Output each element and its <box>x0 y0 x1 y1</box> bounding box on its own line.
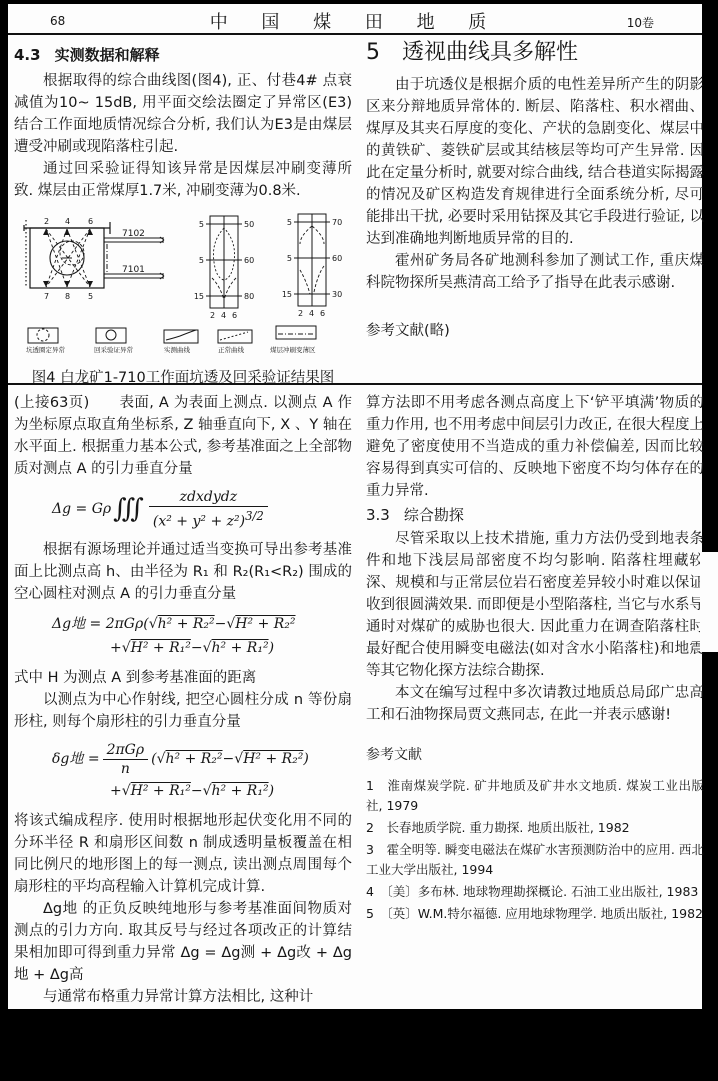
radicand: H² + R₁² <box>131 780 191 802</box>
page-header: 68 中 国 煤 田 地 质 10卷 <box>8 6 702 32</box>
sqrt-symbol: √ <box>226 613 235 635</box>
figure4-diagram: 2 4 6 7 8 5 7102 7101 <box>14 208 352 358</box>
panel2-bottom-tick-3: 6 <box>320 309 325 318</box>
fraction-denominator: n <box>103 760 149 778</box>
map-bottom-point-7: 7 <box>44 292 49 301</box>
column-bottom-left: (上接63页) 表面, A 为表面上测点. 以测点 A 作为坐标原点取直角坐标系… <box>14 392 352 1008</box>
paragraph: 与通常布格重力异常计算方法相比, 这种计 <box>14 986 352 1008</box>
panel1-left-tick-1: 5 <box>199 220 204 229</box>
formula-lhs: Δg地 = 2πGρ( <box>52 613 149 635</box>
paragraph: 以测点为中心作射线, 把空心圆柱分成 n 等份扇形柱, 则每个扇形柱的引力垂直分… <box>14 689 352 733</box>
fraction-denominator: (x² + y² + z²)3/2 <box>149 507 268 531</box>
tunnel-label-bottom: 7101 <box>122 265 145 275</box>
radicand: H² + R₂² <box>243 748 303 770</box>
section-heading-5: 5透视曲线具多解性 <box>366 42 704 64</box>
section-number: 3.3 <box>366 506 390 524</box>
section-divider-rule <box>8 383 702 385</box>
formula-lhs: Δg = Gρ <box>52 498 111 520</box>
formula-hollow-cylinder: Δg地 = 2πGρ(√h² + R₂² − √H² + R₂² + √H² +… <box>14 613 352 659</box>
formula-lhs: δg地 = <box>52 748 100 770</box>
map-top-point-4: 4 <box>65 217 70 226</box>
paragraph: Δg地 的正负反映纯地形与参考基准面间物质对测点的引力方向. 取其反号与经过各项… <box>14 898 352 986</box>
minus-operator: − <box>191 637 203 659</box>
paragraph: (上接63页) 表面, A 为表面上测点. 以测点 A 作为坐标原点取直角坐标系… <box>14 392 352 480</box>
panel2-bottom-tick-1: 2 <box>298 309 303 318</box>
panel1-right-tick-1: 50 <box>244 220 254 229</box>
section-title: 透视曲线具多解性 <box>402 40 578 65</box>
plus-operator: + <box>110 780 122 802</box>
reference-item: 2 长春地质学院. 重力勘探. 地质出版社, 1982 <box>366 818 704 838</box>
legend-item-3-label: 实测曲线 <box>164 345 191 354</box>
panel2-left-tick-3: 15 <box>282 290 292 299</box>
paragraph: 尽管采取以上技术措施, 重力方法仍受到地表条件和地下浅层局部密度不均匀影响. 陷… <box>366 528 704 682</box>
paragraph: 根据取得的综合曲线图(图4), 正、付巷4# 点衰减值为10~ 15dB, 用平… <box>14 70 352 158</box>
scan-edge-notch <box>700 552 718 652</box>
panel1-bottom-tick-2: 4 <box>221 311 226 320</box>
figure4: 2 4 6 7 8 5 7102 7101 <box>14 208 352 389</box>
volume-label: 10卷 <box>627 14 654 31</box>
references-omitted-note: 参考文献(略) <box>366 320 704 342</box>
continued-from-note: (上接63页) <box>14 395 89 411</box>
panel2-right-tick-2: 60 <box>332 254 342 263</box>
reference-list: 1 淮南煤炭学院. 矿井地质及矿井水文地质. 煤炭工业出版社, 1979 2 长… <box>366 776 704 924</box>
legend-item-1-label: 坑透圈定异常 <box>26 345 66 354</box>
radicand: H² + R₁² <box>131 637 191 659</box>
close-paren: ) <box>303 748 308 770</box>
column-top-right: 5透视曲线具多解性 由于坑透仪是根据介质的电性差异所产生的阴影区来分辩地质异常体… <box>366 40 704 342</box>
map-bottom-point-5: 5 <box>88 292 93 301</box>
panel1-left-tick-2: 5 <box>199 256 204 265</box>
reference-item: 1 淮南煤炭学院. 矿井地质及矿井水文地质. 煤炭工业出版社, 1979 <box>366 776 704 816</box>
sqrt-symbol: √ <box>203 780 212 802</box>
tunnel-label-top: 7102 <box>122 229 145 239</box>
panel1-left-tick-3: 15 <box>194 292 204 301</box>
panel1-bottom-tick-1: 2 <box>210 311 215 320</box>
minus-operator: − <box>191 780 203 802</box>
formula-gravity-integral: Δg = Gρ ∭ zdxdydz (x² + y² + z²)3/2 <box>14 488 352 531</box>
sqrt-symbol: √ <box>157 748 166 770</box>
column-top-left: 4.3实测数据和解释 根据取得的综合曲线图(图4), 正、付巷4# 点衰减值为1… <box>14 44 352 389</box>
sqrt-symbol: √ <box>122 780 131 802</box>
map-top-point-2: 2 <box>44 217 49 226</box>
section-heading-3-3: 3.3综合勘探 <box>366 504 704 526</box>
legend-item-5-label: 煤层冲刷变薄区 <box>270 345 316 354</box>
section-number: 4.3 <box>14 46 41 64</box>
legend-item-2-label: 回采验证异常 <box>94 345 134 354</box>
radicand: h² + R₁² <box>212 780 269 802</box>
panel1-right-tick-3: 80 <box>244 292 254 301</box>
triple-integral-symbol: ∭ <box>113 498 144 520</box>
minus-operator: − <box>215 613 227 635</box>
sqrt-symbol: √ <box>149 613 158 635</box>
column-bottom-right: 算方法即不用考虑各测点高度上下‘铲平填满’物质的重力作用, 也不用考虑中间层引力… <box>366 392 704 926</box>
paragraph: 由于坑透仪是根据介质的电性差异所产生的阴影区来分辩地质异常体的. 断层、陷落柱、… <box>366 74 704 250</box>
paragraph: 霍州矿务局各矿地测科参加了测试工作, 重庆煤科院物探所吴燕清高工给予了指导在此表… <box>366 250 704 294</box>
paragraph: 根据有源场理论并通过适当变换可导出参考基准面上比测点高 h、由半径为 R₁ 和 … <box>14 539 352 605</box>
journal-title: 中 国 煤 田 地 质 <box>8 8 702 34</box>
paragraph: 本文在编写过程中多次请教过地质总局邱广忠高工和石油物探局贾文燕同志, 在此一并表… <box>366 682 704 726</box>
paragraph: 将该式编成程序. 使用时根据地形起伏变化用不同的分环半径 R 和扇形区间数 n … <box>14 810 352 898</box>
plus-operator: + <box>110 637 122 659</box>
panel2-left-tick-2: 5 <box>287 254 292 263</box>
fraction: 2πGρ n <box>103 741 149 778</box>
panel2-right-tick-1: 70 <box>332 218 342 227</box>
formula-sector-column: δg地 = 2πGρ n (√h² + R₂² − √H² + R₂²) + √… <box>14 741 352 802</box>
radicand: h² + R₂² <box>158 613 215 635</box>
panel2-left-tick-1: 5 <box>287 218 292 227</box>
map-bottom-point-8: 8 <box>65 292 70 301</box>
close-paren: ) <box>269 637 274 659</box>
radicand: h² + R₂² <box>166 748 223 770</box>
section-title: 实测数据和解释 <box>55 46 160 64</box>
section-heading-4-3: 4.3实测数据和解释 <box>14 44 352 66</box>
map-top-point-6: 6 <box>88 217 93 226</box>
legend-item-4-label: 正常曲线 <box>218 345 245 354</box>
panel1-bottom-tick-3: 6 <box>232 311 237 320</box>
paragraph: 式中 H 为测点 A 到参考基准面的距离 <box>14 667 352 689</box>
radicand: H² + R₂² <box>235 613 295 635</box>
denominator-base: (x² + y² + z²) <box>153 514 245 530</box>
panel2-bottom-tick-2: 4 <box>309 309 314 318</box>
radicand: h² + R₁² <box>212 637 269 659</box>
panel2-right-tick-3: 30 <box>332 290 342 299</box>
sqrt-symbol: √ <box>203 637 212 659</box>
reference-item: 5 〔英〕W.M.特尔福德. 应用地球物理学. 地质出版社, 1982 <box>366 904 704 924</box>
paragraph: 通过回采验证得知该异常是因煤层冲刷变薄所致. 煤层由正常煤厚1.7米, 冲刷变薄… <box>14 158 352 202</box>
fraction: zdxdydz (x² + y² + z²)3/2 <box>149 488 268 531</box>
reference-item: 4 〔美〕多布林. 地球物理勘探概论. 石油工业出版社, 1983 <box>366 882 704 902</box>
sqrt-symbol: √ <box>234 748 243 770</box>
references-heading: 参考文献 <box>366 744 704 766</box>
minus-operator: − <box>223 748 235 770</box>
header-rule <box>8 33 702 35</box>
scanned-page: 68 中 国 煤 田 地 质 10卷 4.3实测数据和解释 根据取得的综合曲线图… <box>8 4 702 1009</box>
fraction-numerator: zdxdydz <box>149 488 268 507</box>
panel1-right-tick-2: 60 <box>244 256 254 265</box>
close-paren: ) <box>269 780 274 802</box>
section-number: 5 <box>366 40 380 65</box>
reference-item: 3 霍全明等. 瞬变电磁法在煤矿水害预测防治中的应用. 西北工业大学出版社, 1… <box>366 840 704 880</box>
section-title: 综合勘探 <box>404 506 464 524</box>
denominator-exponent: 3/2 <box>245 509 264 523</box>
sqrt-symbol: √ <box>122 637 131 659</box>
paragraph: 算方法即不用考虑各测点高度上下‘铲平填满’物质的重力作用, 也不用考虑中间层引力… <box>366 392 704 502</box>
fraction-numerator: 2πGρ <box>103 741 149 760</box>
figure4-caption: 图4 白龙矿1-710工作面坑透及回采验证结果图 <box>14 367 352 389</box>
